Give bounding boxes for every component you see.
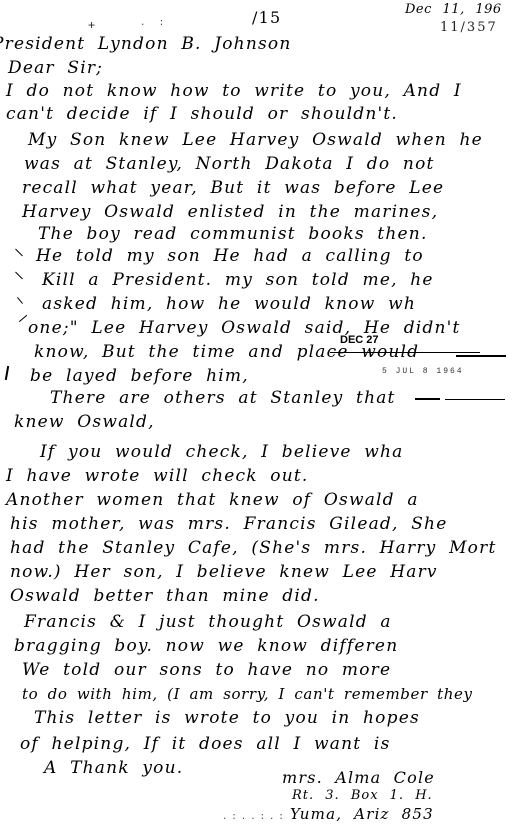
- letter-line: can't decide if I should or shouldn't.: [6, 104, 398, 124]
- addressee: President Lyndon B. Johnson: [0, 34, 291, 54]
- letter-line: I do not know how to write to you, And I: [6, 81, 462, 101]
- letter-line: had the Stanley Cafe, (She's mrs. Harry …: [10, 538, 496, 558]
- strikethrough-mark: [330, 352, 480, 353]
- letter-line: This letter is wrote to you in hopes: [34, 708, 420, 728]
- filed-stamp: 5 JUL 8 1964: [382, 367, 464, 376]
- letter-line: He told my son He had a calling to: [36, 246, 424, 266]
- letter-line: bragging boy. now we know differen: [14, 636, 398, 656]
- letter-line: his mother, was mrs. Francis Gilead, She: [10, 514, 447, 534]
- margin-mark: [17, 297, 23, 304]
- letter-line: My Son knew Lee Harvey Oswald when he: [28, 130, 483, 150]
- margin-mark: [15, 272, 23, 280]
- scanned-letter-page: + . : /15 Dec 11, 196 11/357 President L…: [0, 0, 523, 825]
- underline-mark: [456, 355, 506, 357]
- letter-line: Oswald better than mine did.: [10, 586, 320, 606]
- letter-line: If you would check, I believe wha: [40, 442, 404, 462]
- signature-address-line1: Rt. 3. Box 1. H.: [292, 786, 433, 806]
- margin-mark: [19, 315, 27, 322]
- faint-dots: . :: [140, 18, 168, 28]
- overline-mark: [415, 398, 440, 400]
- reference-number: 11/357: [440, 18, 498, 38]
- letter-line: be layed before him,: [30, 366, 249, 386]
- letter-line: There are others at Stanley that: [50, 388, 396, 408]
- top-left-mark: +: [88, 18, 98, 32]
- letter-line: Harvey Oswald enlisted in the marines,: [22, 202, 438, 222]
- letter-line: now.) Her son, I believe knew Lee Harv: [10, 562, 438, 582]
- signature-name: mrs. Alma Cole: [282, 768, 435, 788]
- greeting: Dear Sir;: [8, 58, 103, 78]
- margin-mark: [5, 366, 9, 380]
- letter-line: Francis & I just thought Oswald a: [24, 612, 392, 632]
- faint-dots: .:..:.:: [222, 812, 288, 822]
- letter-line: We told our sons to have no more: [22, 660, 391, 680]
- letter-line: I have wrote will check out.: [6, 466, 309, 486]
- signature-address-line2: Yuma, Ariz 853: [290, 804, 434, 824]
- letter-line: knew Oswald,: [14, 412, 155, 432]
- letter-line: Kill a President. my son told me, he: [42, 270, 434, 290]
- letter-line: recall what year, But it was before Lee: [22, 178, 444, 198]
- letter-line: to do with him, (I am sorry, I can't rem…: [22, 684, 473, 704]
- letter-line: was at Stanley, North Dakota I do not: [24, 154, 435, 174]
- letter-line: of helping, If it does all I want is: [20, 734, 391, 754]
- strikethrough-mark: [445, 399, 505, 400]
- received-stamp: DEC 27: [340, 334, 379, 346]
- letter-line: one;" Lee Harvey Oswald said, He didn't: [28, 318, 461, 338]
- date-stamp: Dec 11, 196: [405, 0, 502, 20]
- margin-mark: [15, 249, 23, 257]
- page-mark: /15: [252, 8, 281, 28]
- letter-line: asked him, how he would know wh: [42, 294, 416, 314]
- letter-line: The boy read communist books then.: [38, 224, 428, 244]
- letter-line: Another women that knew of Oswald a: [6, 490, 419, 510]
- letter-line: A Thank you.: [44, 758, 183, 778]
